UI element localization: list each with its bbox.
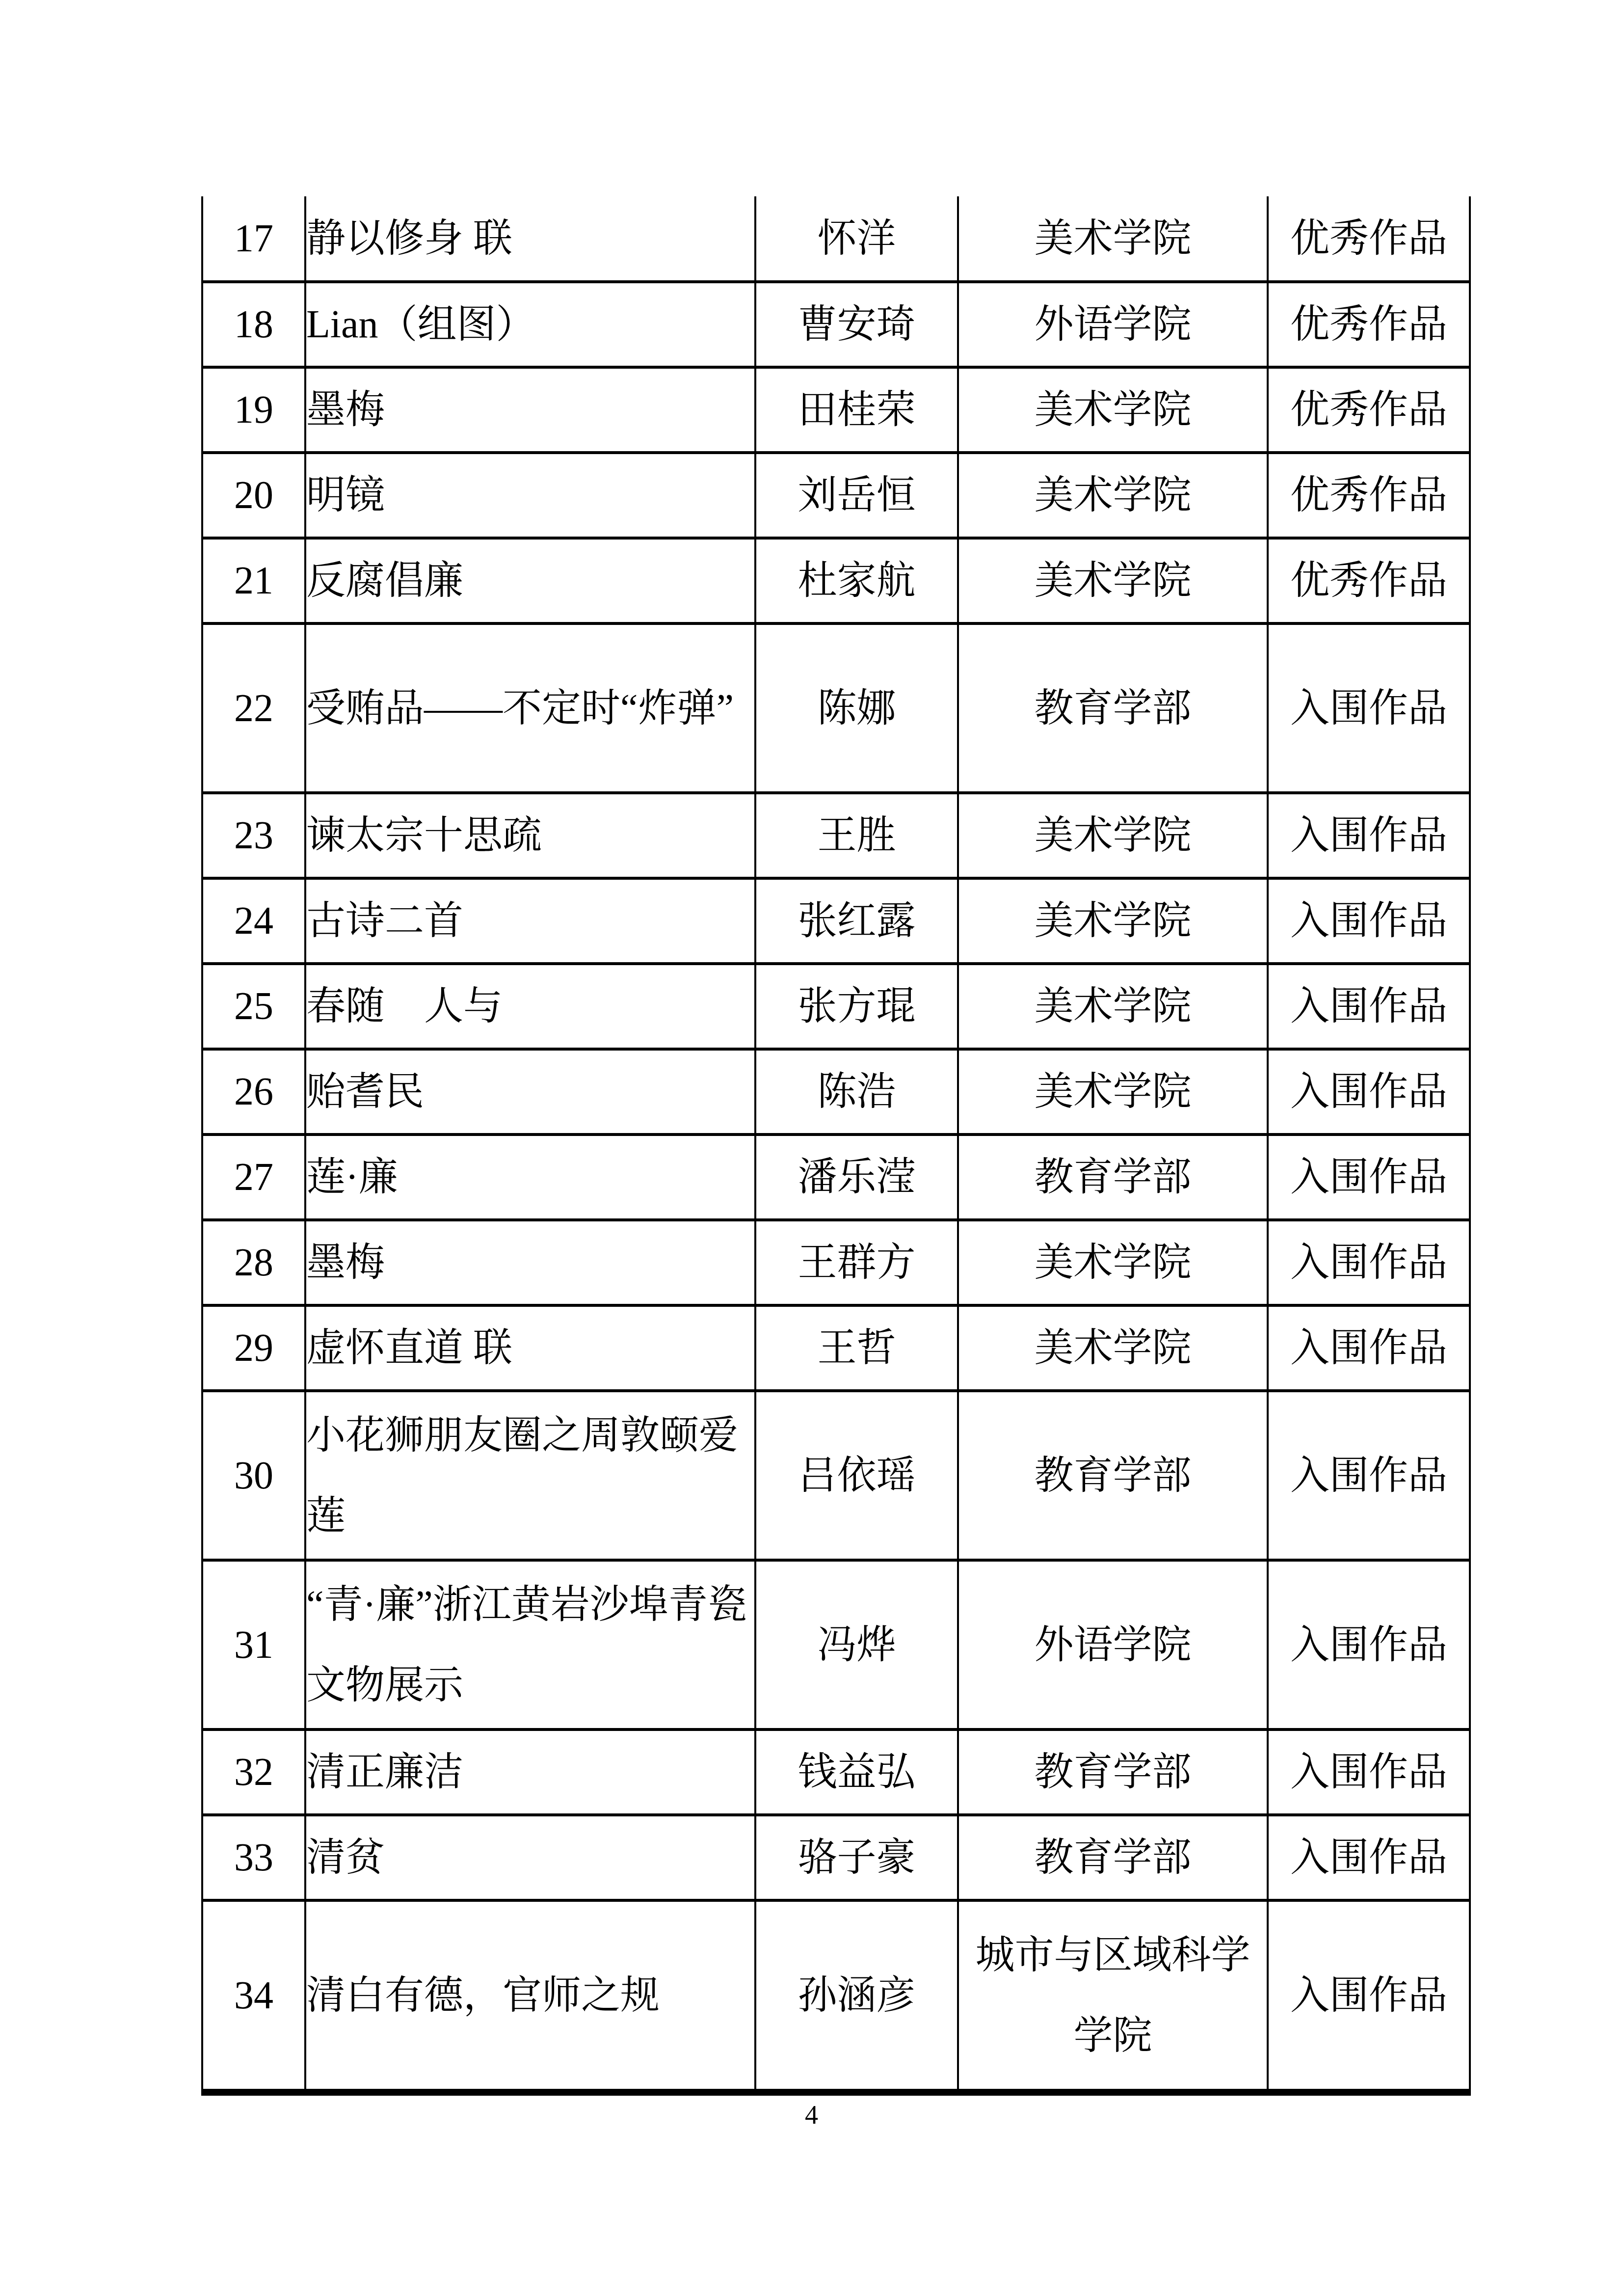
table-row: 19墨梅田桂荣美术学院优秀作品 bbox=[202, 367, 1470, 453]
row-number-cell: 24 bbox=[202, 878, 305, 964]
document-page: 17静以修身 联怀洋美术学院优秀作品18Lian（组图）曹安琦外语学院优秀作品1… bbox=[0, 0, 1623, 2296]
table-row: 24古诗二首张红露美术学院入围作品 bbox=[202, 878, 1470, 964]
author-name-cell: 王哲 bbox=[755, 1305, 958, 1391]
work-title-cell: 墨梅 bbox=[305, 367, 755, 453]
award-level-cell: 入围作品 bbox=[1268, 1134, 1470, 1220]
author-name-cell: 王胜 bbox=[755, 793, 958, 878]
table-row: 23谏太宗十思疏王胜美术学院入围作品 bbox=[202, 793, 1470, 878]
table-row: 28墨梅王群方美术学院入围作品 bbox=[202, 1220, 1470, 1305]
row-number-cell: 20 bbox=[202, 453, 305, 538]
table-row: 21反腐倡廉杜家航美术学院优秀作品 bbox=[202, 538, 1470, 623]
work-title-cell: 清白有德，官师之规 bbox=[305, 1900, 755, 2092]
row-number-cell: 19 bbox=[202, 367, 305, 453]
table-row: 26贻耆民陈浩美术学院入围作品 bbox=[202, 1049, 1470, 1134]
row-number-cell: 18 bbox=[202, 282, 305, 367]
work-title-cell: 反腐倡廉 bbox=[305, 538, 755, 623]
table-row: 22受贿品——不定时“炸弹”陈娜教育学部入围作品 bbox=[202, 623, 1470, 793]
work-title-cell: 谏太宗十思疏 bbox=[305, 793, 755, 878]
author-name-cell: 冯烨 bbox=[755, 1560, 958, 1729]
author-name-cell: 王群方 bbox=[755, 1220, 958, 1305]
row-number-cell: 29 bbox=[202, 1305, 305, 1391]
college-name-cell: 美术学院 bbox=[958, 878, 1268, 964]
award-level-cell: 入围作品 bbox=[1268, 1391, 1470, 1560]
author-name-cell: 陈浩 bbox=[755, 1049, 958, 1134]
work-title-cell: 静以修身 联 bbox=[305, 196, 755, 282]
college-name-cell: 美术学院 bbox=[958, 196, 1268, 282]
award-level-cell: 入围作品 bbox=[1268, 1220, 1470, 1305]
table-row: 32清正廉洁钱益弘教育学部入围作品 bbox=[202, 1729, 1470, 1815]
row-number-cell: 17 bbox=[202, 196, 305, 282]
college-name-cell: 美术学院 bbox=[958, 793, 1268, 878]
table-row: 25春随 人与张方琨美术学院入围作品 bbox=[202, 964, 1470, 1049]
work-title-cell: 小花狮朋友圈之周敦颐爱莲 bbox=[305, 1391, 755, 1560]
college-name-cell: 城市与区域科学学院 bbox=[958, 1900, 1268, 2092]
college-name-cell: 外语学院 bbox=[958, 282, 1268, 367]
work-title-cell: 清正廉洁 bbox=[305, 1729, 755, 1815]
row-number-cell: 21 bbox=[202, 538, 305, 623]
work-title-cell: “青·廉”浙江黄岩沙埠青瓷文物展示 bbox=[305, 1560, 755, 1729]
author-name-cell: 刘岳恒 bbox=[755, 453, 958, 538]
college-name-cell: 教育学部 bbox=[958, 1729, 1268, 1815]
award-level-cell: 优秀作品 bbox=[1268, 367, 1470, 453]
row-number-cell: 23 bbox=[202, 793, 305, 878]
row-number-cell: 30 bbox=[202, 1391, 305, 1560]
row-number-cell: 26 bbox=[202, 1049, 305, 1134]
author-name-cell: 孙涵彦 bbox=[755, 1900, 958, 2092]
author-name-cell: 陈娜 bbox=[755, 623, 958, 793]
college-name-cell: 教育学部 bbox=[958, 1134, 1268, 1220]
author-name-cell: 田桂荣 bbox=[755, 367, 958, 453]
work-title-cell: 古诗二首 bbox=[305, 878, 755, 964]
work-title-cell: 墨梅 bbox=[305, 1220, 755, 1305]
award-level-cell: 入围作品 bbox=[1268, 1815, 1470, 1900]
college-name-cell: 教育学部 bbox=[958, 1815, 1268, 1900]
author-name-cell: 吕依瑶 bbox=[755, 1391, 958, 1560]
table-row: 17静以修身 联怀洋美术学院优秀作品 bbox=[202, 196, 1470, 282]
table-row: 33清贫骆子豪教育学部入围作品 bbox=[202, 1815, 1470, 1900]
work-title-cell: 春随 人与 bbox=[305, 964, 755, 1049]
row-number-cell: 31 bbox=[202, 1560, 305, 1729]
college-name-cell: 教育学部 bbox=[958, 1391, 1268, 1560]
college-name-cell: 美术学院 bbox=[958, 1220, 1268, 1305]
table-row: 20明镜刘岳恒美术学院优秀作品 bbox=[202, 453, 1470, 538]
award-level-cell: 优秀作品 bbox=[1268, 196, 1470, 282]
work-title-cell: 贻耆民 bbox=[305, 1049, 755, 1134]
award-level-cell: 入围作品 bbox=[1268, 1729, 1470, 1815]
college-name-cell: 美术学院 bbox=[958, 453, 1268, 538]
work-title-cell: 清贫 bbox=[305, 1815, 755, 1900]
college-name-cell: 美术学院 bbox=[958, 1049, 1268, 1134]
award-level-cell: 入围作品 bbox=[1268, 964, 1470, 1049]
row-number-cell: 32 bbox=[202, 1729, 305, 1815]
award-level-cell: 入围作品 bbox=[1268, 1049, 1470, 1134]
page-number: 4 bbox=[0, 2100, 1623, 2130]
award-level-cell: 入围作品 bbox=[1268, 878, 1470, 964]
row-number-cell: 25 bbox=[202, 964, 305, 1049]
awards-table: 17静以修身 联怀洋美术学院优秀作品18Lian（组图）曹安琦外语学院优秀作品1… bbox=[201, 196, 1471, 2096]
row-number-cell: 27 bbox=[202, 1134, 305, 1220]
award-level-cell: 入围作品 bbox=[1268, 1305, 1470, 1391]
author-name-cell: 潘乐滢 bbox=[755, 1134, 958, 1220]
college-name-cell: 外语学院 bbox=[958, 1560, 1268, 1729]
table-row: 18Lian（组图）曹安琦外语学院优秀作品 bbox=[202, 282, 1470, 367]
row-number-cell: 34 bbox=[202, 1900, 305, 2092]
college-name-cell: 教育学部 bbox=[958, 623, 1268, 793]
work-title-cell: 受贿品——不定时“炸弹” bbox=[305, 623, 755, 793]
award-level-cell: 优秀作品 bbox=[1268, 453, 1470, 538]
work-title-cell: 虚怀直道 联 bbox=[305, 1305, 755, 1391]
author-name-cell: 曹安琦 bbox=[755, 282, 958, 367]
college-name-cell: 美术学院 bbox=[958, 367, 1268, 453]
row-number-cell: 22 bbox=[202, 623, 305, 793]
author-name-cell: 张方琨 bbox=[755, 964, 958, 1049]
college-name-cell: 美术学院 bbox=[958, 538, 1268, 623]
award-level-cell: 入围作品 bbox=[1268, 623, 1470, 793]
author-name-cell: 怀洋 bbox=[755, 196, 958, 282]
college-name-cell: 美术学院 bbox=[958, 964, 1268, 1049]
table-row: 34清白有德，官师之规孙涵彦城市与区域科学学院入围作品 bbox=[202, 1900, 1470, 2092]
award-level-cell: 入围作品 bbox=[1268, 1900, 1470, 2092]
work-title-cell: 明镜 bbox=[305, 453, 755, 538]
work-title-cell: Lian（组图） bbox=[305, 282, 755, 367]
work-title-cell: 莲·廉 bbox=[305, 1134, 755, 1220]
row-number-cell: 28 bbox=[202, 1220, 305, 1305]
awards-table-body: 17静以修身 联怀洋美术学院优秀作品18Lian（组图）曹安琦外语学院优秀作品1… bbox=[202, 196, 1470, 2092]
award-level-cell: 优秀作品 bbox=[1268, 538, 1470, 623]
author-name-cell: 张红露 bbox=[755, 878, 958, 964]
award-level-cell: 优秀作品 bbox=[1268, 282, 1470, 367]
table-row: 29虚怀直道 联王哲美术学院入围作品 bbox=[202, 1305, 1470, 1391]
author-name-cell: 骆子豪 bbox=[755, 1815, 958, 1900]
table-row: 30小花狮朋友圈之周敦颐爱莲吕依瑶教育学部入围作品 bbox=[202, 1391, 1470, 1560]
table-row: 31“青·廉”浙江黄岩沙埠青瓷文物展示冯烨外语学院入围作品 bbox=[202, 1560, 1470, 1729]
row-number-cell: 33 bbox=[202, 1815, 305, 1900]
author-name-cell: 杜家航 bbox=[755, 538, 958, 623]
college-name-cell: 美术学院 bbox=[958, 1305, 1268, 1391]
award-level-cell: 入围作品 bbox=[1268, 793, 1470, 878]
author-name-cell: 钱益弘 bbox=[755, 1729, 958, 1815]
award-level-cell: 入围作品 bbox=[1268, 1560, 1470, 1729]
table-row: 27莲·廉潘乐滢教育学部入围作品 bbox=[202, 1134, 1470, 1220]
